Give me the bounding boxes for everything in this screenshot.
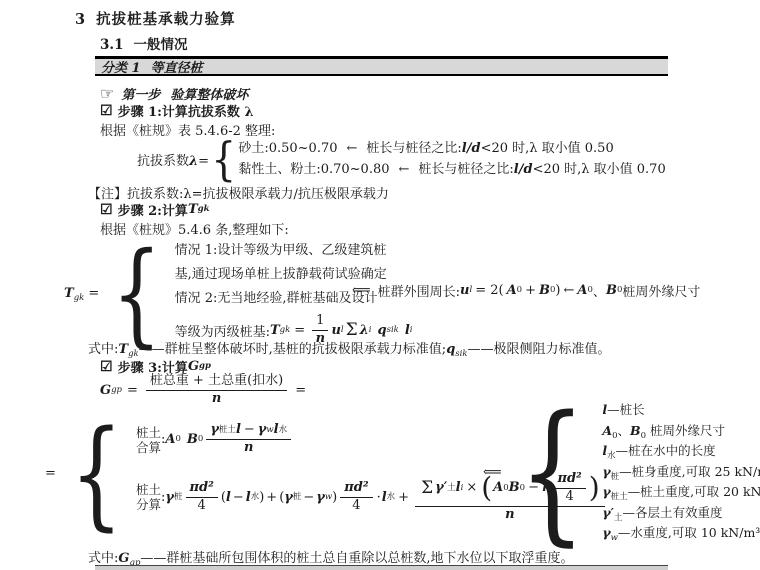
left-arrow-icon: ← xyxy=(564,283,575,298)
ggp-formula: Ggp = 桩总重 + 土总重(扣水)n = xyxy=(100,374,311,407)
tgk-where-clause: 式中:Tgk——群桩呈整体破坏时,基桩的抗拔极限承载力标准值;qsik——极限侧… xyxy=(88,338,611,359)
brace-4line: { xyxy=(112,238,162,350)
step2-line: ☑ 步骤 2:计算Tgk xyxy=(100,200,209,219)
brace-legend: { xyxy=(518,396,586,548)
category-header-box: 分类 1 等直径桩 xyxy=(95,56,668,76)
category-label: 分类 1 xyxy=(101,57,141,76)
double-arrow-icon: ⟸ xyxy=(483,465,502,480)
legend-item: γ桩土—桩土重度,可取 20 kN/m³ xyxy=(602,482,760,503)
legend-item: l水—桩在水中的长度 xyxy=(602,441,760,462)
section-title: 一般情况 xyxy=(134,37,188,53)
step2-label: 步骤 2:计算 xyxy=(118,200,188,219)
legend-item: γw—水重度,可取 10 kN/m³ xyxy=(602,523,760,544)
legend-block: ⟸ { l—桩长 A0、B0 桩周外缘尺寸 l水—桩在水中的长度 γ桩—桩身重度… xyxy=(483,396,760,548)
brace-2line: { xyxy=(211,136,236,182)
left-arrow-icon: ← xyxy=(399,162,410,177)
double-arrow-icon: ⟸ xyxy=(352,283,371,298)
checkbox-icon: ☑ xyxy=(100,359,113,375)
tgk-case1-line1: 情况 1:设计等级为甲级、乙级建筑桩 xyxy=(175,239,413,263)
tgk-lhs: Tgk = xyxy=(64,286,99,303)
lambda-case-sand: 砂土:0.50~0.70←桩长与桩径之比:l/d<20 时,λ 取小值 0.50 xyxy=(238,138,665,159)
sigma-symbol: Σ xyxy=(346,320,358,340)
chapter-title: 抗拔桩基承载力验算 xyxy=(96,11,236,28)
lambda-case-clay: 黏性土、粉土:0.70~0.80←桩长与桩径之比:l/d<20 时,λ 取小值 … xyxy=(238,159,665,180)
step1-line: ☑ 步骤 1:计算抗拔系数 λ xyxy=(100,101,254,120)
sigma-symbol: Σ xyxy=(421,479,433,499)
chapter-number: 3 xyxy=(75,11,86,28)
checkbox-icon: ☑ xyxy=(100,103,113,119)
checkbox-icon: ☑ xyxy=(100,202,113,218)
step1-label: 步骤 1:计算抗拔系数 λ xyxy=(118,101,254,120)
lambda-lhs: 抗拔系数λ= xyxy=(137,150,209,169)
chapter-heading: 3抗拔桩基承载力验算 xyxy=(75,8,236,29)
lambda-formula: 抗拔系数λ= { 砂土:0.50~0.70←桩长与桩径之比:l/d<20 时,λ… xyxy=(137,136,666,182)
tgk-annotation: ⟸ 桩群外围周长: ul = 2( A0 + B0 ) ← A0 、 B0 桩周… xyxy=(352,281,700,300)
section-heading: 3.1一般情况 xyxy=(100,33,188,53)
legend-item: l—桩长 xyxy=(602,400,760,421)
brace-expansion: { xyxy=(70,414,123,532)
legend-item: γ′土—各层土有效重度 xyxy=(602,503,760,524)
legend-item: γ桩—桩身重度,可取 25 kN/m³ xyxy=(602,462,760,483)
next-section-divider xyxy=(95,565,668,570)
left-arrow-icon: ← xyxy=(347,141,358,156)
category-name: 等直径桩 xyxy=(151,57,203,76)
section-number: 3.1 xyxy=(100,37,124,53)
legend-item: A0、B0 桩周外缘尺寸 xyxy=(602,421,760,442)
